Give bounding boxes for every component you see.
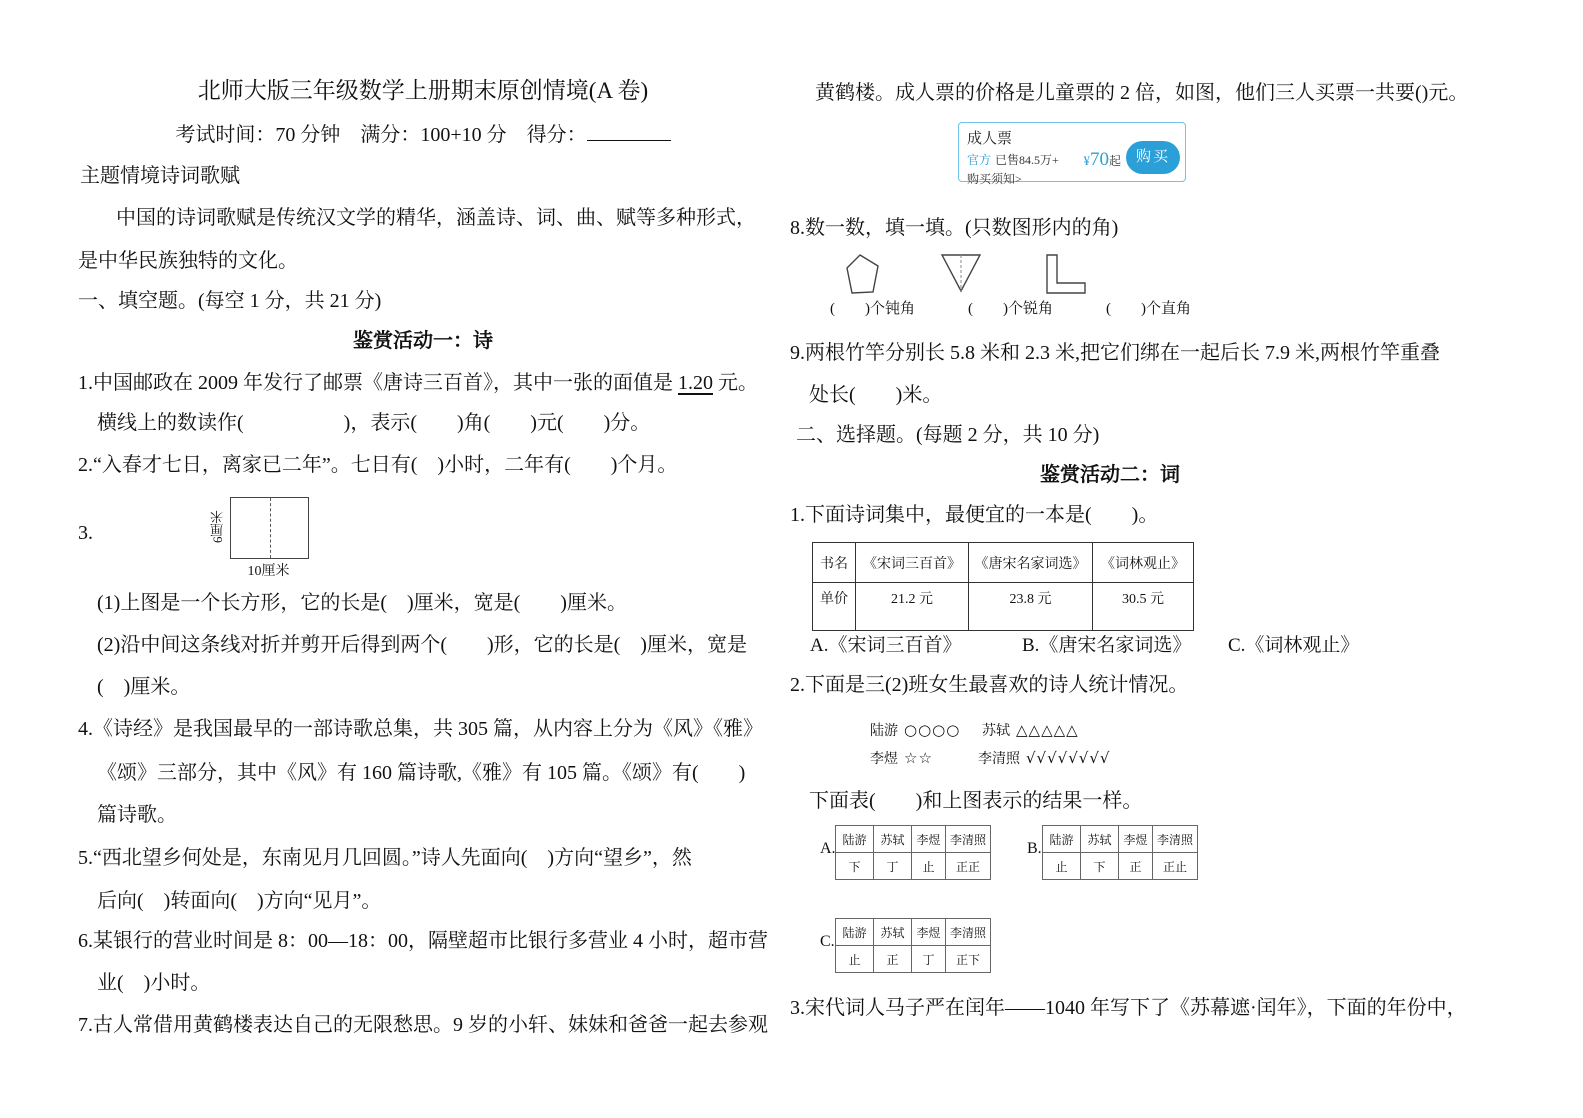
table-row: 陆游 苏轼 李煜 李清照 — [836, 826, 991, 853]
right-column: 黄鹤楼。成人票的价格是儿童票的 2 倍，如图，他们三人买票一共要()元。 成人票… — [790, 70, 1500, 1110]
tally-cell: 丁 — [912, 946, 946, 973]
book-2-price: 23.8 元 — [969, 583, 1093, 631]
book-3-title: 《词林观止》 — [1093, 543, 1194, 583]
tally-table-c: 陆游 苏轼 李煜 李清照 止 正 丁 正下 — [835, 918, 991, 973]
score-blank-line — [587, 122, 671, 141]
price-suffix: 起 — [1109, 154, 1121, 168]
section2-heading: 二、选择题。(每题 2 分，共 10 分) — [796, 422, 1506, 448]
triangle-shape — [940, 253, 982, 293]
section1-heading: 一、填空题。(每空 1 分，共 21 分) — [78, 288, 768, 314]
activity1-heading: 鉴赏活动一：诗 — [78, 328, 768, 354]
q4-line1: 4.《诗经》是我国最早的一部诗歌总集，共 305 篇，从内容上分为《风》《雅》 — [78, 716, 768, 742]
intro-line-2: 是中华民族独特的文化。 — [78, 248, 768, 274]
poet-cell: 李清照 — [946, 826, 991, 853]
choice1-line: 1.下面诗词集中，最便宜的一本是( )。 — [790, 502, 1500, 528]
rectangle-fold-line — [270, 498, 271, 558]
tally-cell: 正止 — [1153, 853, 1198, 880]
poet-name: 李煜 — [870, 752, 898, 767]
poet-cell: 李煜 — [912, 919, 946, 946]
stat-liqingzhao: 李清照√√√√√√√√ — [978, 748, 1110, 768]
q3-sub1: (1)上图是一个长方形，它的长是( )厘米，宽是( )厘米。 — [78, 590, 768, 616]
book-name-header: 书名 — [813, 543, 856, 583]
poet-name: 苏轼 — [982, 724, 1010, 739]
table-row: 陆游 苏轼 李煜 李清照 — [836, 919, 991, 946]
adult-ticket-card: 成人票 官方已售84.5万+ 购买须知> ¥70起 购买 — [958, 122, 1186, 182]
l-shape — [1045, 253, 1087, 295]
tally-a-label: A. — [820, 840, 836, 858]
stat-liyu: 李煜☆☆ — [870, 748, 933, 768]
tally-cell: 正 — [874, 946, 912, 973]
table-row: 陆游 苏轼 李煜 李清照 — [1043, 826, 1198, 853]
poet-cell: 陆游 — [836, 826, 874, 853]
exam-info-line: 考试时间：70 分钟 满分：100+10 分 得分： — [78, 122, 768, 148]
exam-paper-page: 北师大版三年级数学上册期末原创情境(A 卷) 考试时间：70 分钟 满分：100… — [0, 0, 1583, 1118]
stat-luyou: 陆游○○○○ — [870, 720, 960, 740]
tally-b-label: B. — [1027, 840, 1042, 858]
q1-text-post: 元。 — [713, 372, 758, 394]
tally-c-label: C. — [820, 933, 835, 951]
q9-line1: 9.两根竹竿分别长 5.8 米和 2.3 米,把它们绑在一起后长 7.9 米,两… — [790, 340, 1500, 366]
poet-cell: 李煜 — [1119, 826, 1153, 853]
q5-line1: 5.“西北望乡何处是，东南见月几回圆。”诗人先面向( )方向“望乡”，然 — [78, 845, 768, 871]
tally-table-a: 陆游 苏轼 李煜 李清照 下 丁 止 正正 — [835, 825, 991, 880]
tally-cell: 止 — [912, 853, 946, 880]
obtuse-angle-label: ( )个钝角 — [830, 297, 915, 318]
q6-line1: 6.某银行的营业时间是 8：00—18：00，隔壁超市比银行多营业 4 小时，超… — [78, 928, 768, 954]
option-c: C.《词林观止》 — [1228, 630, 1359, 657]
poet-cell: 苏轼 — [1081, 826, 1119, 853]
tally-cell: 下 — [1081, 853, 1119, 880]
poet-cell: 陆游 — [1043, 826, 1081, 853]
q1-text-pre: 1.中国邮政在 2009 年发行了邮票《唐诗三百首》，其中一张的面值是 — [78, 372, 678, 394]
q9-line2: 处长( )米。 — [790, 382, 1500, 408]
table-row: 单价 21.2 元 23.8 元 30.5 元 — [813, 583, 1194, 631]
left-column: 北师大版三年级数学上册期末原创情境(A 卷) 考试时间：70 分钟 满分：100… — [78, 70, 768, 1110]
right-angle-label: ( )个直角 — [1106, 297, 1191, 318]
rectangle-figure — [230, 497, 309, 559]
table-row: 止 正 丁 正下 — [836, 946, 991, 973]
book-3-price: 30.5 元 — [1093, 583, 1194, 631]
tally-cell: 正 — [1119, 853, 1153, 880]
poet-cell: 陆游 — [836, 919, 874, 946]
ticket-price: ¥70起 — [1083, 149, 1121, 171]
q7-line2: 黄鹤楼。成人票的价格是儿童票的 2 倍，如图，他们三人买票一共要()元。 — [815, 80, 1525, 106]
option-b: B.《唐宋名家词选》 — [1022, 630, 1191, 657]
check-marks: √√√√√√√√ — [1026, 749, 1110, 767]
tally-cell: 正下 — [946, 946, 991, 973]
table-row: 书名 《宋词三百首》 《唐宋名家词选》 《词林观止》 — [813, 543, 1194, 583]
activity2-heading: 鉴赏活动二：词 — [790, 462, 1430, 488]
poet-name: 陆游 — [870, 724, 898, 739]
poet-cell: 苏轼 — [874, 919, 912, 946]
poet-name: 李清照 — [978, 752, 1020, 767]
poet-cell: 苏轼 — [874, 826, 912, 853]
q2-line: 2.“入春才七日，离家已二年”。七日有( )小时，二年有( )个月。 — [78, 452, 768, 478]
triangle-marks: △△△△△ — [1016, 721, 1079, 739]
choice2-note: 下面表( )和上图表示的结果一样。 — [790, 788, 1500, 814]
book-price-table: 书名 《宋词三百首》 《唐宋名家词选》 《词林观止》 单价 21.2 元 23.… — [812, 542, 1194, 631]
q4-line3: 篇诗歌。 — [78, 802, 768, 828]
choice2-line: 2.下面是三(2)班女生最喜欢的诗人统计情况。 — [790, 672, 1500, 698]
exam-info-text: 考试时间：70 分钟 满分：100+10 分 得分： — [175, 124, 586, 146]
tally-cell: 丁 — [874, 853, 912, 880]
q1-line2: 横线上的数读作( )，表示( )角( )元( )分。 — [78, 410, 768, 436]
rectangle-bottom-label: 10厘米 — [230, 560, 307, 580]
poet-cell: 李清照 — [1153, 826, 1198, 853]
table-row: 止 下 正 正止 — [1043, 853, 1198, 880]
book-1-price: 21.2 元 — [856, 583, 969, 631]
q3-sub2a: (2)沿中间这条线对折并剪开后得到两个( )形，它的长是( )厘米，宽是 — [78, 632, 768, 658]
option-a: A.《宋词三百首》 — [810, 630, 961, 657]
q1-line1: 1.中国邮政在 2009 年发行了邮票《唐诗三百首》，其中一张的面值是 1.20… — [78, 370, 768, 396]
price-header: 单价 — [813, 583, 856, 631]
intro-line-1: 中国的诗词歌赋是传统汉文学的精华，涵盖诗、词、曲、赋等多种形式， — [78, 205, 768, 231]
book-2-title: 《唐宋名家词选》 — [969, 543, 1093, 583]
table-row: 下 丁 止 正正 — [836, 853, 991, 880]
tally-cell: 止 — [1043, 853, 1081, 880]
tally-cell: 下 — [836, 853, 874, 880]
page-title: 北师大版三年级数学上册期末原创情境(A 卷) — [78, 78, 768, 104]
q5-line2: 后向( )转面向( )方向“见月”。 — [78, 888, 768, 914]
acute-angle-label: ( )个锐角 — [968, 297, 1053, 318]
poet-cell: 李煜 — [912, 826, 946, 853]
choice3-line: 3.宋代词人马子严在闰年——1040 年写下了《苏幕遮·闰年》，下面的年份中， — [790, 995, 1500, 1021]
q7-line1: 7.古人常借用黄鹤楼表达自己的无限愁思。9 岁的小轩、妹妹和爸爸一起去参观 — [78, 1012, 768, 1038]
poet-cell: 李清照 — [946, 919, 991, 946]
tally-cell: 止 — [836, 946, 874, 973]
pentagon-shape — [846, 253, 880, 295]
official-tag: 官方 — [967, 153, 991, 167]
price-amount: 70 — [1090, 149, 1109, 170]
theme-label: 主题情境诗词歌赋 — [80, 163, 770, 189]
q6-line2: 业( )小时。 — [78, 970, 768, 996]
q4-line2: 《颂》三部分，其中《风》有 160 篇诗歌,《雅》有 105 篇。《颂》有( ) — [78, 760, 768, 786]
stat-sushi: 苏轼△△△△△ — [982, 720, 1079, 740]
tally-cell: 正正 — [946, 853, 991, 880]
q8-line: 8.数一数，填一填。(只数图形内的角) — [790, 215, 1500, 241]
circle-marks: ○○○○ — [904, 721, 960, 739]
q3-number: 3. — [78, 520, 118, 546]
buy-button: 购买 — [1126, 141, 1180, 174]
star-marks: ☆☆ — [904, 749, 933, 767]
tally-table-b: 陆游 苏轼 李煜 李清照 止 下 正 正止 — [1042, 825, 1198, 880]
rectangle-side-label: 6厘米 — [208, 497, 228, 557]
q1-underlined-value: 1.20 — [678, 372, 713, 394]
q3-sub2b: ( )厘米。 — [78, 674, 768, 700]
book-1-title: 《宋词三百首》 — [856, 543, 969, 583]
ticket-sold-count: 已售84.5万+ — [995, 153, 1059, 167]
